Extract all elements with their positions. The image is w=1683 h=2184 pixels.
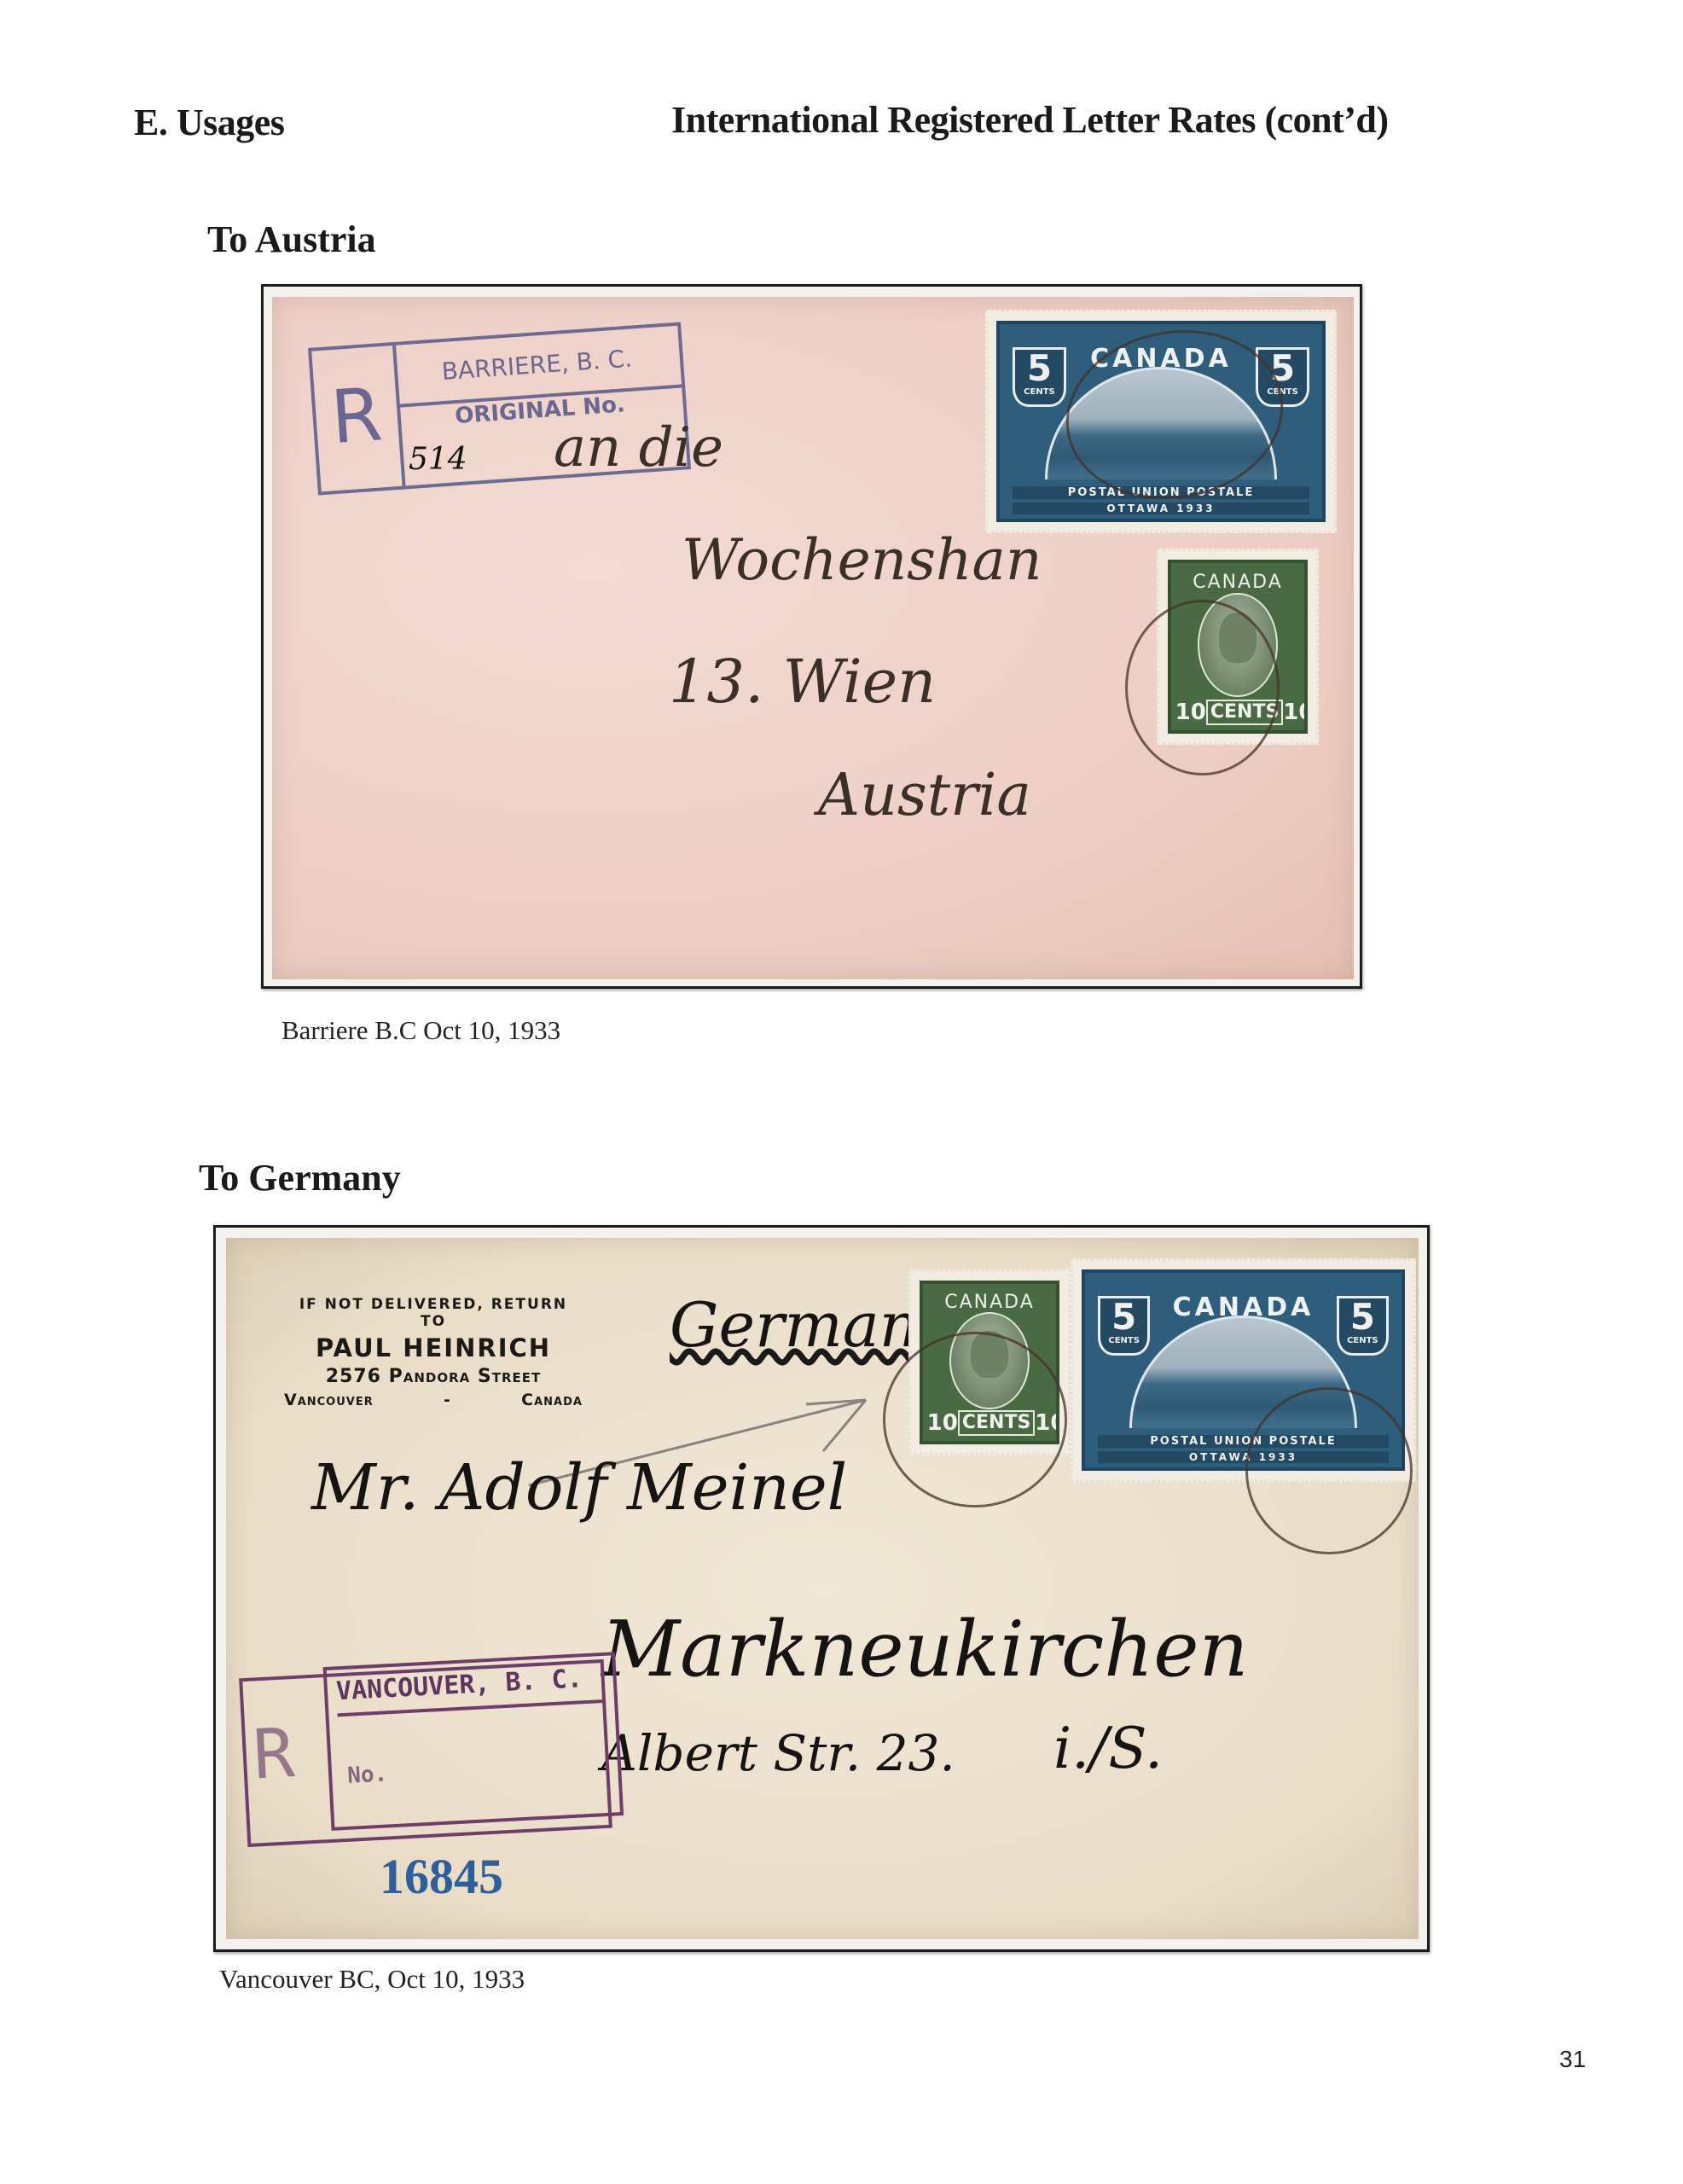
postmark-2 (1125, 600, 1280, 775)
section-label: E. Usages (134, 101, 284, 144)
page-number: 31 (1559, 2046, 1586, 2073)
caption-austria: Barriere B.C Oct 10, 1933 (281, 1015, 560, 1046)
address-line-2: Wochenshan (682, 527, 1042, 593)
envelope-germany: IF NOT DELIVERED, RETURN TO PAUL HEINRIC… (226, 1238, 1419, 1939)
address-line-4: Austria (818, 762, 1031, 829)
address-line-1: an die (554, 416, 723, 479)
registration-box: R VANCOUVER, B. C. No. (239, 1659, 612, 1847)
address-line-1: Mr. Adolf Meinel (311, 1451, 847, 1525)
registration-label: No. (346, 1761, 387, 1788)
cover-frame-germany: IF NOT DELIVERED, RETURN TO PAUL HEINRIC… (213, 1225, 1430, 1952)
postmark-2 (1245, 1387, 1413, 1554)
routing-note: German (670, 1289, 919, 1361)
registration-letter: R (311, 346, 405, 491)
registration-number: 514 (409, 442, 467, 477)
address-line-4: i./S. (1053, 1716, 1163, 1781)
postmark (883, 1332, 1067, 1507)
address-line-3: Albert Str. 23. (601, 1724, 955, 1782)
registration-letter: R (251, 1713, 296, 1794)
address-line-3: 13. Wien (669, 647, 936, 717)
registration-number: 16845 (380, 1848, 503, 1905)
envelope-austria: R BARRIERE, B. C. ORIGINAL No. 514 an di… (272, 297, 1354, 979)
cover-frame-austria: R BARRIERE, B. C. ORIGINAL No. 514 an di… (261, 284, 1362, 989)
registration-office: VANCOUVER, B. C. (335, 1663, 606, 1716)
address-line-2: Markneukirchen (601, 1605, 1249, 1694)
caption-germany: Vancouver BC, Oct 10, 1933 (219, 1964, 525, 1995)
heading-to-germany: To Germany (199, 1156, 401, 1199)
page-title: International Registered Letter Rates (c… (671, 98, 1389, 142)
heading-to-austria: To Austria (207, 218, 376, 261)
